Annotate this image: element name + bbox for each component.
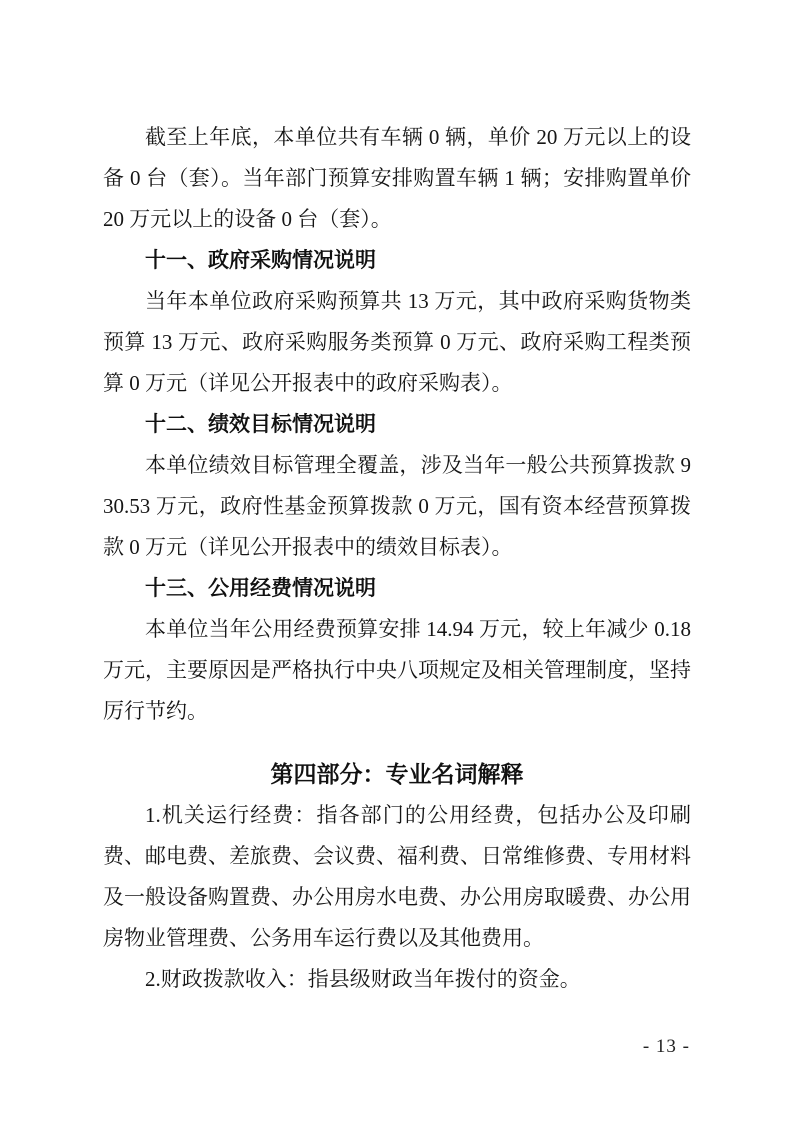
paragraph-term-fiscal-appropriation-income: 2.财政拨款收入：指县级财政当年拨付的资金。 — [103, 959, 691, 1000]
part-four-title-terminology: 第四部分：专业名词解释 — [103, 754, 691, 795]
paragraph-government-procurement: 当年本单位政府采购预算共 13 万元，其中政府采购货物类预算 13 万元、政府采… — [103, 281, 691, 404]
heading-section-thirteen-public-expenses: 十三、公用经费情况说明 — [103, 568, 691, 609]
heading-section-twelve-performance-targets: 十二、绩效目标情况说明 — [103, 404, 691, 445]
paragraph-vehicle-assets: 截至上年底，本单位共有车辆 0 辆，单价 20 万元以上的设备 0 台（套）。当… — [103, 117, 691, 240]
paragraph-term-agency-operating-funds: 1.机关运行经费：指各部门的公用经费，包括办公及印刷费、邮电费、差旅费、会议费、… — [103, 795, 691, 959]
page-number: - 13 - — [643, 1036, 690, 1058]
paragraph-public-expenses: 本单位当年公用经费预算安排 14.94 万元，较上年减少 0.18 万元，主要原… — [103, 609, 691, 732]
heading-section-eleven-government-procurement: 十一、政府采购情况说明 — [103, 240, 691, 281]
document-page: 截至上年底，本单位共有车辆 0 辆，单价 20 万元以上的设备 0 台（套）。当… — [0, 0, 793, 1122]
paragraph-performance-targets: 本单位绩效目标管理全覆盖，涉及当年一般公共预算拨款 930.53 万元，政府性基… — [103, 445, 691, 568]
